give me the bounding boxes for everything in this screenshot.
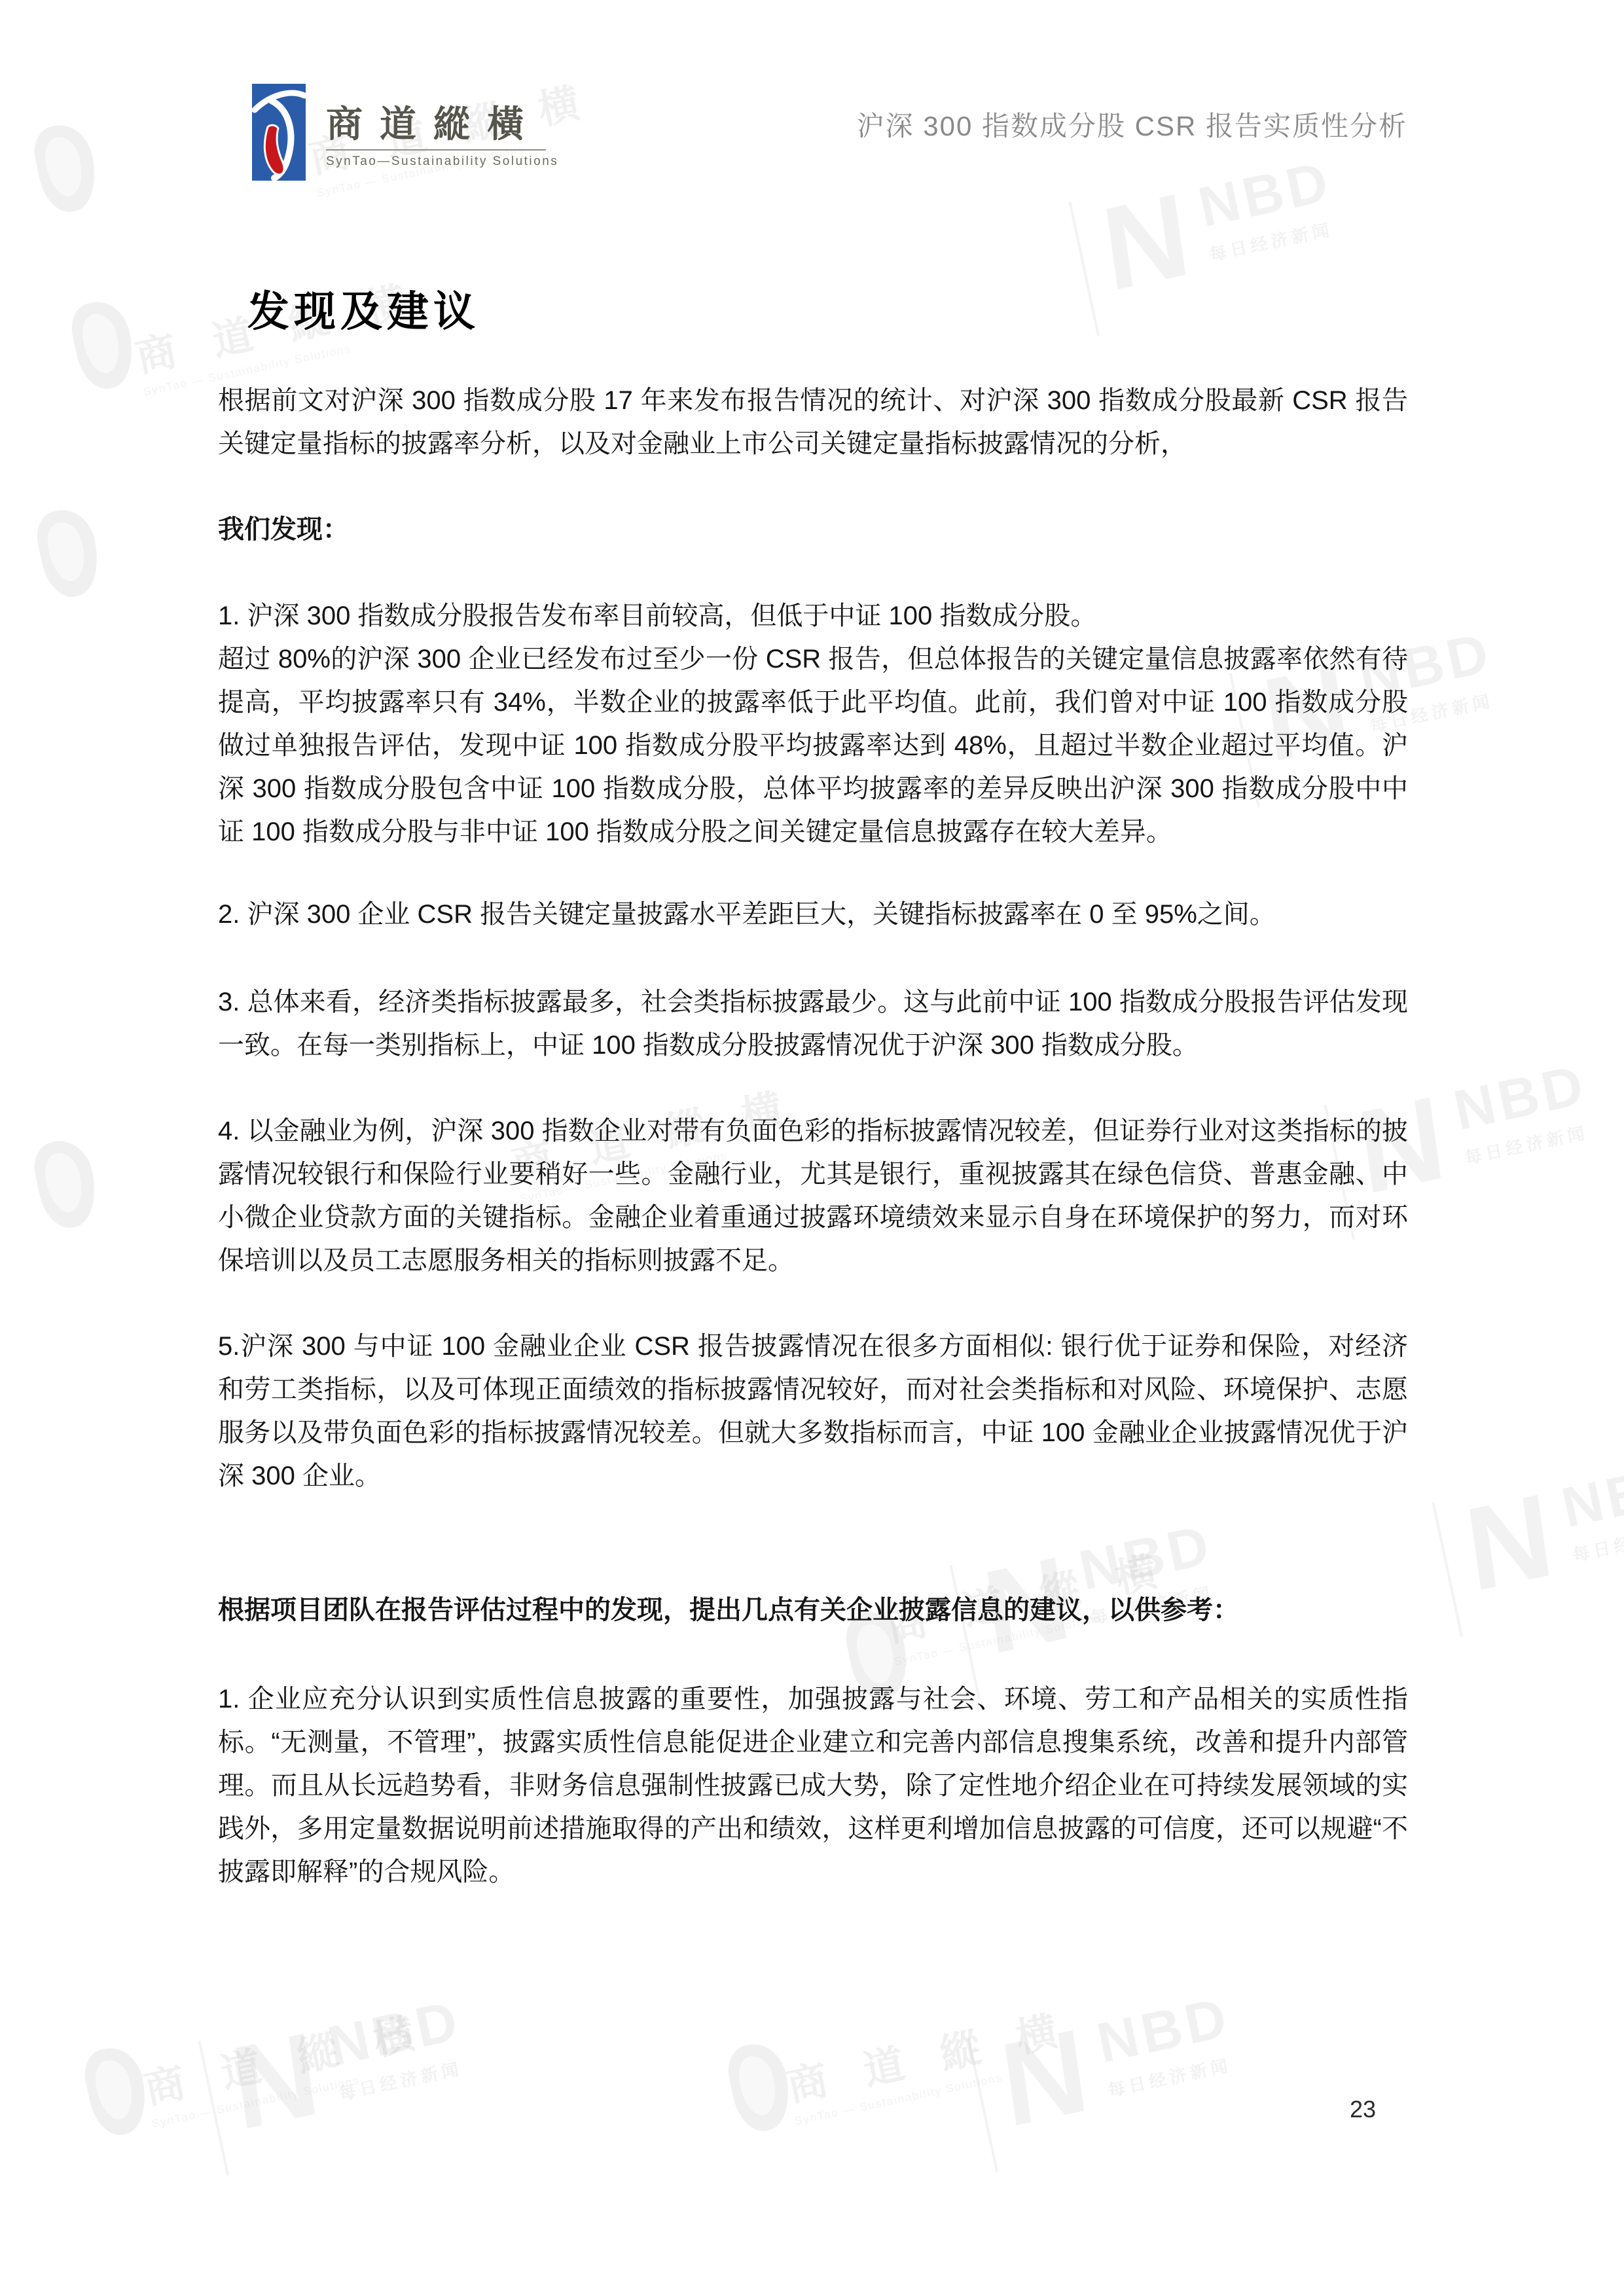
syntao-seal-watermark-icon	[67, 296, 140, 394]
divider-bar-icon	[967, 2037, 999, 2172]
finding-4-paragraph: 4. 以金融业为例，沪深 300 指数企业对带有负面色彩的指标披露情况较差，但证…	[218, 1109, 1408, 1282]
nbd-logo-icon: N	[996, 2015, 1094, 2143]
divider-bar-icon	[198, 2041, 230, 2176]
findings-heading: 我们发现：	[218, 508, 1408, 551]
finding-1-paragraph: 1. 沪深 300 指数成分股报告发布率目前较高，但低于中证 100 指数成分股…	[218, 594, 1408, 853]
suggestions-heading: 根据项目团队在报告评估过程中的发现，提出几点有关企业披露信息的建议，以供参考：	[218, 1588, 1408, 1632]
syntao-seal-watermark-icon	[29, 120, 103, 217]
nbd-watermark: N NBD 每日经济新闻	[1432, 1448, 1624, 1637]
divider-bar-icon	[1432, 1502, 1464, 1637]
syntao-text-watermark: 商 道 縱 横 SynTao — Sustainability Solution…	[138, 1999, 435, 2131]
nbd-watermark: N NBD 每日经济新闻	[198, 1987, 482, 2176]
syntao-seal-watermark-icon	[32, 505, 105, 602]
nbd-logo-icon: N	[1460, 1479, 1559, 1607]
body-content: 根据前文对沪深 300 指数成分股 17 年来发布报告情况的统计、对沪深 300…	[218, 0, 1408, 1893]
syntao-seal-watermark-icon	[29, 1136, 103, 1233]
syntao-text-watermark: 商 道 縱 横 SynTao — Sustainability Solution…	[781, 1996, 1078, 2128]
intro-paragraph: 根据前文对沪深 300 指数成分股 17 年来发布报告情况的统计、对沪深 300…	[218, 379, 1408, 465]
nbd-logo-icon: N	[226, 2018, 325, 2146]
nbd-watermark: N NBD 每日经济新闻	[967, 1984, 1251, 2172]
suggestion-1-paragraph: 1. 企业应充分认识到实质性信息披露的重要性，加强披露与社会、环境、劳工和产品相…	[218, 1677, 1408, 1893]
finding-2-paragraph: 2. 沪深 300 企业 CSR 报告关键定量披露水平差距巨大，关键指标披露率在…	[218, 893, 1408, 936]
page-number: 23	[1350, 2096, 1376, 2123]
syntao-seal-watermark-icon	[80, 2043, 153, 2140]
finding-3-paragraph: 3. 总体来看，经济类指标披露最多，社会类指标披露最少。这与此前中证 100 指…	[218, 980, 1408, 1067]
finding-5-paragraph: 5.沪深 300 与中证 100 金融业企业 CSR 报告披露情况在很多方面相似…	[218, 1325, 1408, 1498]
syntao-seal-watermark-icon	[723, 2039, 797, 2136]
